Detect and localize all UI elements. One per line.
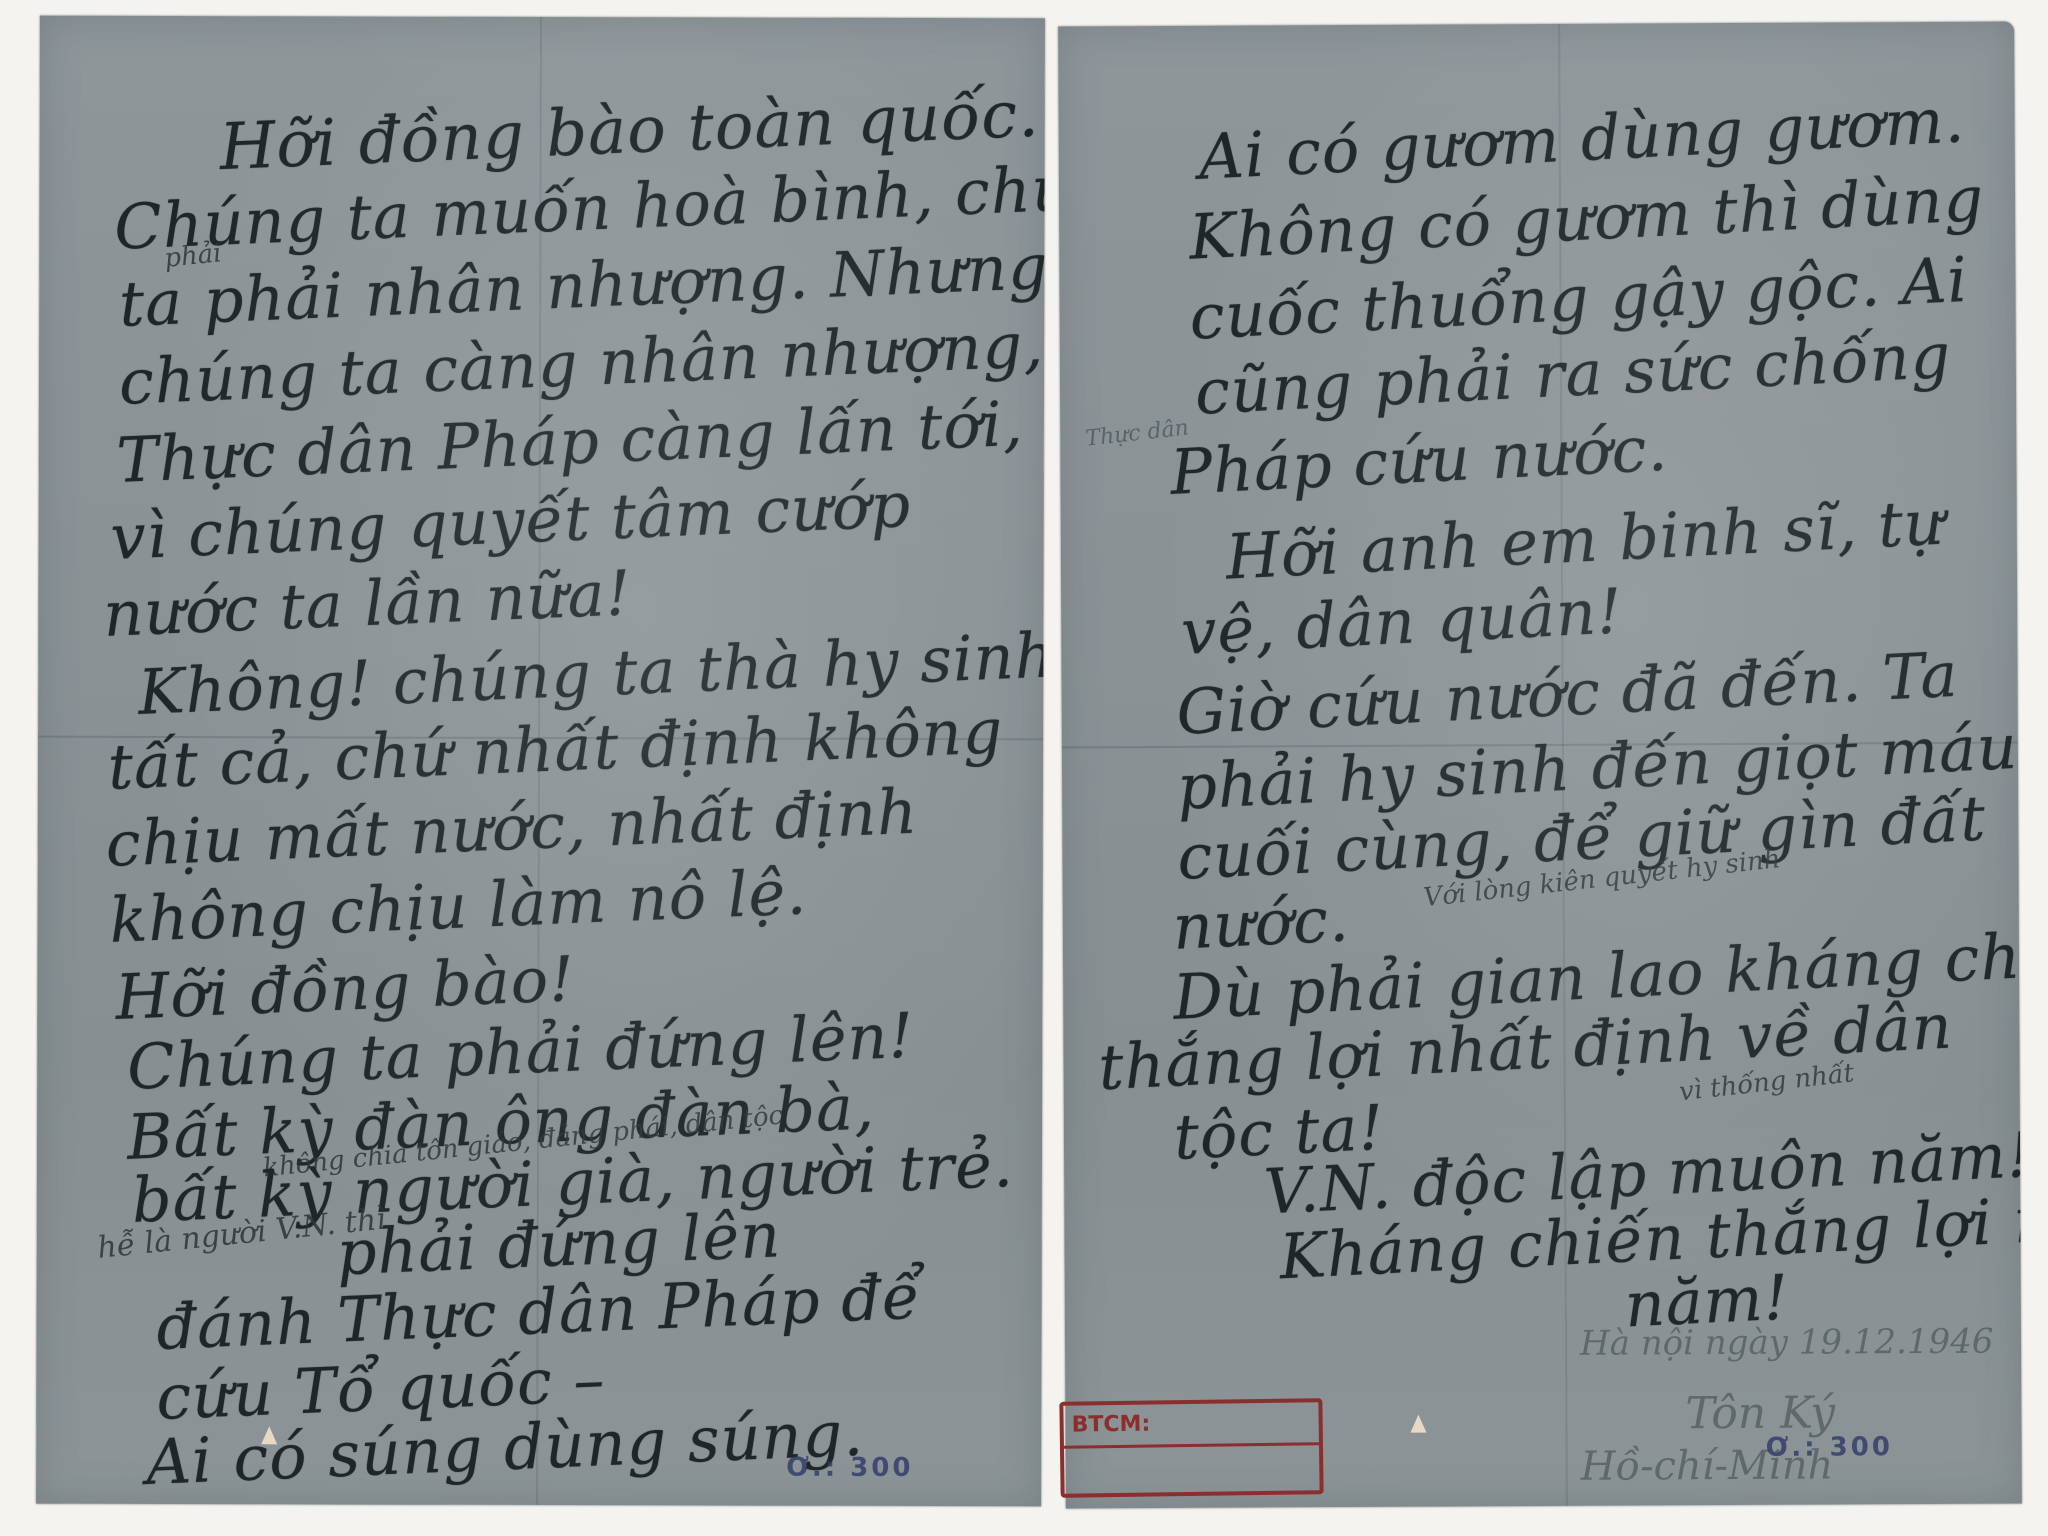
archive-stamp: BTCM: bbox=[1059, 1398, 1323, 1498]
archive-number: Ơ.: 300 bbox=[786, 1453, 913, 1483]
signed-label: Tôn Ký bbox=[1685, 1387, 1835, 1439]
paper-tear bbox=[261, 1426, 277, 1444]
stamp-label: BTCM: bbox=[1063, 1402, 1319, 1449]
paper-tear bbox=[1410, 1415, 1426, 1433]
manuscript-page-left: Hỡi đồng bào toàn quốc. Chúng ta muốn ho… bbox=[36, 16, 1045, 1507]
manuscript-page-right: Ai có gươm dùng gươm. Không có gươm thì … bbox=[1058, 22, 2022, 1509]
archive-number: Ơ.: 300 bbox=[1765, 1432, 1892, 1463]
stamp-blank-field bbox=[1064, 1445, 1320, 1489]
handwritten-line: nước. bbox=[1171, 882, 1351, 964]
interlinear-note: phải bbox=[163, 238, 223, 274]
place-date: Hà nội ngày 19.12.1946 bbox=[1580, 1322, 1994, 1364]
